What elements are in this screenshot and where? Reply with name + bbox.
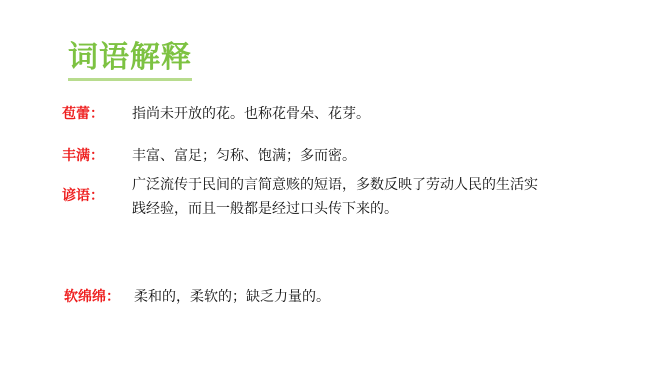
slide-title: 词语解释 — [68, 40, 192, 81]
definition-yanyu-line-2: 践经验，而且一般都是经过口头传下来的。 — [132, 198, 398, 220]
definition-yanyu-line-1: 广泛流传于民间的言简意赅的短语，多数反映了劳动人民的生活实 — [132, 174, 538, 196]
term-ruanmianmian: 软绵绵： — [64, 287, 120, 307]
definition-baolei: 指尚未开放的花。也称花骨朵、花芽。 — [132, 103, 370, 125]
slide: 词语解释 苞蕾： 指尚未开放的花。也称花骨朵、花芽。 丰满： 丰富、富足；匀称、… — [0, 0, 668, 376]
definition-fengman: 丰富、富足；匀称、饱满；多而密。 — [132, 145, 356, 167]
term-baolei: 苞蕾： — [62, 104, 104, 124]
term-yanyu: 谚语： — [62, 186, 104, 206]
term-fengman: 丰满： — [62, 146, 104, 166]
definition-ruanmianmian: 柔和的，柔软的；缺乏力量的。 — [134, 286, 330, 308]
